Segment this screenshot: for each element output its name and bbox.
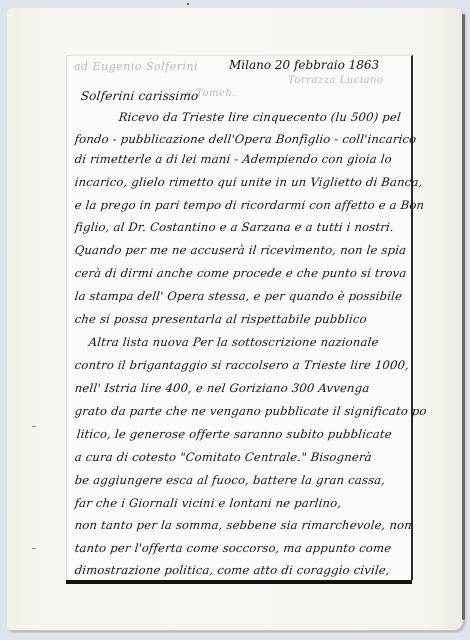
letter-date: Milano 20 febbraio 1863 [229, 58, 379, 72]
print-bottom-edge [66, 580, 412, 584]
letter-line: figlio, al Dr. Costantino e a Sarzana e … [74, 220, 395, 234]
letter-line: non tanto per la somma, sebbene sia rima… [74, 518, 413, 532]
letter-line: incarico, glielo rimetto qui unite in un… [74, 175, 423, 189]
letter-line: nell' Istria lire 400, e nel Goriziano 3… [74, 381, 370, 395]
letter-line: e la prego in pari tempo di ricordarmi c… [74, 198, 425, 212]
letter-line: litico, le generose offerte saranno subi… [76, 427, 393, 441]
letter-salutation: Solferini carissimo [80, 89, 199, 103]
dust-speck [187, 3, 189, 5]
letter-line: che si possa presentarla al rispettabile… [74, 312, 368, 326]
letter-line: be aggiungere esca al fuoco, battere la … [74, 473, 386, 487]
letter-line: la stampa dell' Opera stessa, e per quan… [74, 289, 403, 303]
letter-line: di rimetterle a di lei mani - Adempiendo… [74, 152, 393, 166]
letter-line: grato da parte che ne vengano pubblicate… [74, 404, 427, 418]
letter-line: cerà di dirmi anche come procede e che p… [74, 266, 407, 280]
letter-line: Ricevo da Trieste lire cinquecento (lu 5… [118, 110, 402, 124]
letter-line: fondo - pubblicazione dell'Opera Bonfigl… [74, 132, 417, 146]
letter-line: dimostrazione politica, come atto di cor… [74, 563, 391, 577]
pencil-author-note: Torrazza Luciano [288, 75, 383, 86]
letter-line: Quando per me ne accuserà il ricevimento… [74, 243, 407, 257]
letter-line: a cura di cotesto "Comitato Centrale." B… [74, 450, 373, 464]
pencil-recipient-note: ad Eugenio Solferini [74, 60, 198, 73]
margin-tick-mark [32, 426, 36, 427]
margin-tick-mark [32, 548, 36, 549]
letter-line: tanto per l'offerta come soccorso, ma ap… [74, 541, 392, 555]
letter-line: far che i Giornali vicini e lontani ne p… [74, 496, 342, 510]
letter-line: Altra lista nuova Per la sottoscrizione … [88, 335, 379, 349]
letter-line: contro il brigantaggio si raccolsero a T… [74, 358, 410, 372]
